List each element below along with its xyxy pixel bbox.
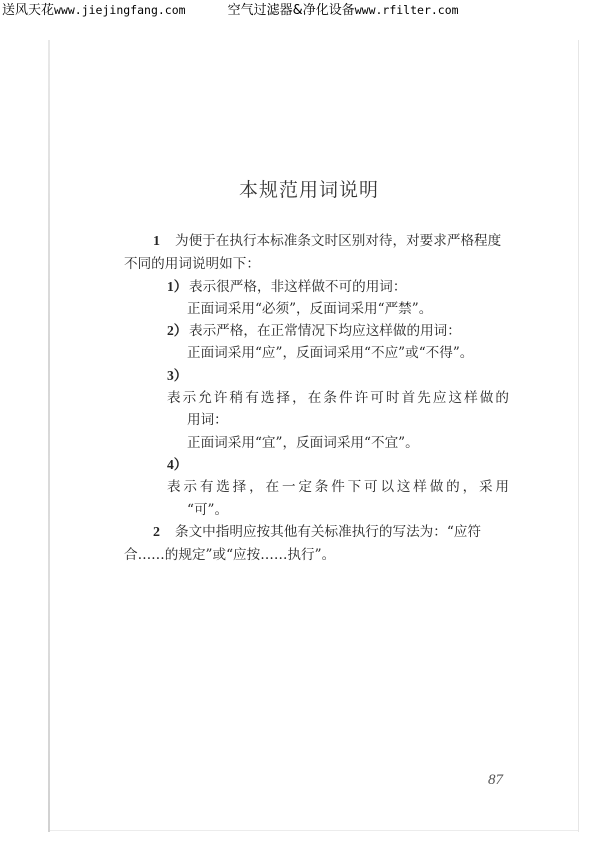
paragraph-line: 合……的规定”或“应按……执行”。 [124, 547, 335, 563]
paragraph-number: 1 [153, 231, 175, 253]
page-title: 本规范用词说明 [0, 175, 600, 202]
item-number: 1） [167, 276, 187, 298]
item-detail: 正面词采用“必须”，反面词采用“严禁”。 [167, 298, 526, 320]
list-item: 2）表示严格，在正常情况下均应这样做的用词： 正面词采用“应”，反面词采用“不应… [124, 320, 526, 365]
item-text-wrap: 用词： [167, 409, 526, 431]
scan-page-edge-right [578, 40, 579, 832]
item-text-wrap: “可”。 [167, 499, 526, 521]
list-item: 1）表示很严格，非这样做不可的用词： 正面词采用“必须”，反面词采用“严禁”。 [124, 276, 526, 321]
item-text: 表示很严格，非这样做不可的用词： [189, 279, 407, 295]
paragraph-1: 1为便于在执行本标准条文时区别对待，对要求严格程度 不同的用词说明如下： [124, 230, 526, 276]
item-detail: 正面词采用“宜”，反面词采用“不宜”。 [167, 432, 526, 454]
item-detail: 正面词采用“应”，反面词采用“不应”或“不得”。 [167, 342, 526, 364]
document-body: 1为便于在执行本标准条文时区别对待，对要求严格程度 不同的用词说明如下： 1）表… [124, 230, 526, 566]
item-text: 表示允许稍有选择，在条件许可时首先应这样做的 [167, 387, 509, 409]
paragraph-line: 不同的用词说明如下： [124, 256, 260, 272]
paragraph-number: 2 [153, 522, 175, 544]
item-number: 3） [167, 365, 187, 387]
watermark-header: 送风天花www.jiejingfang.com空气过滤器&净化设备www.rfi… [2, 2, 459, 18]
paragraph-2: 2条文中指明应按其他有关标准执行的写法为：“应符 合……的规定”或“应按……执行… [124, 521, 526, 567]
scan-page-edge-left [48, 40, 50, 832]
list-item: 3）表示允许稍有选择，在条件许可时首先应这样做的 用词： 正面词采用“宜”，反面… [124, 365, 526, 454]
watermark-site1-name: 送风天花 [2, 3, 54, 18]
paragraph-line: 条文中指明应按其他有关标准执行的写法为：“应符 [175, 524, 481, 540]
watermark-site2-name: 空气过滤器&净化设备 [228, 3, 355, 18]
watermark-site2-url: www.rfilter.com [355, 3, 459, 17]
item-number: 2） [167, 320, 187, 342]
item-text: 表示严格，在正常情况下均应这样做的用词： [189, 323, 461, 339]
page-number: 87 [488, 772, 503, 789]
scan-page-edge-bottom [50, 830, 578, 831]
paragraph-line: 为便于在执行本标准条文时区别对待，对要求严格程度 [175, 233, 501, 249]
list-item: 4）表示有选择，在一定条件下可以这样做的，采用 “可”。 [124, 454, 526, 521]
watermark-site1-url: www.jiejingfang.com [54, 3, 186, 17]
item-text: 表示有选择，在一定条件下可以这样做的，采用 [167, 476, 509, 498]
item-number: 4） [167, 454, 187, 476]
